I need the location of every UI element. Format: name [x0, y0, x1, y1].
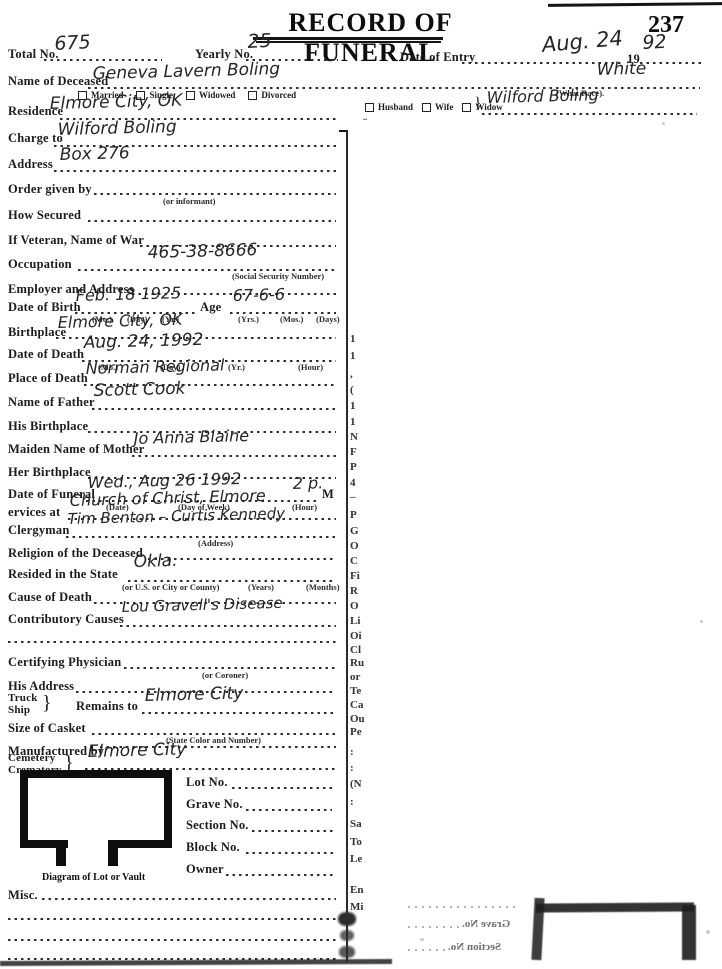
cemetery-value: Elmore City: [87, 739, 186, 762]
cutoff-letter: Sa: [350, 818, 362, 830]
cutoff-letter: N: [350, 431, 358, 443]
her-birthplace-label: Her Birthplace: [8, 465, 91, 480]
spouse-brace: }: [474, 95, 482, 113]
how-secured-label: How Secured: [8, 208, 81, 223]
contributory-value: Lou Gravell's Disease: [122, 594, 283, 616]
clergyman-label: Clergyman: [8, 523, 70, 538]
address-line: [54, 170, 336, 172]
resided-state-label: Resided in the State: [8, 567, 118, 582]
continuation-line: [8, 641, 336, 643]
spouse-checkbox-row: Husband Wife Widow: [365, 102, 503, 112]
bleed-dots-2: [408, 926, 460, 928]
bleed-dots-3: [408, 949, 446, 951]
date-of-death-label: Date of Death: [8, 347, 84, 362]
ink-smudge: [338, 912, 356, 926]
checkbox-label: Wife: [435, 102, 453, 112]
cutoff-letter: Fi: [350, 570, 360, 582]
section-no-line: [252, 830, 334, 832]
birthplace-value: Elmore City, OK: [58, 310, 183, 332]
resided-state-value: Okla.: [133, 551, 177, 572]
his-birthplace-label: His Birthplace: [8, 419, 88, 434]
bleed-section-no-mirrored: Section No.: [448, 941, 501, 953]
cutoff-letter: :: [350, 796, 354, 808]
title-underline: [253, 37, 443, 40]
or-informant-sublabel: (or informant): [163, 196, 216, 206]
record-of-funeral-page: RECORD OF FUNERAL 237 Total No. 675 Year…: [0, 0, 722, 969]
cutoff-letter: Li: [350, 615, 360, 627]
misc-label: Misc.: [8, 888, 38, 903]
year-value: 92: [642, 31, 667, 54]
cutoff-letter: 1: [350, 400, 356, 412]
place-of-death-value: Norman Regional: [86, 355, 225, 378]
lot-no-label: Lot No.: [186, 775, 228, 790]
cutoff-letter: Mi: [350, 901, 363, 913]
dob-sub-days: (Days): [316, 314, 340, 324]
name-of-deceased-value: Geneva Lavern Boling: [92, 59, 280, 84]
race-value: White: [596, 59, 646, 80]
diagram-box-leg-left: [56, 848, 66, 866]
how-secured-line: [88, 220, 336, 222]
occupation-label: Occupation: [8, 257, 72, 272]
diagram-box-leg-right: [108, 848, 118, 866]
clergyman-address-sublabel: (Address): [198, 538, 233, 548]
cutoff-letter: O: [350, 540, 359, 552]
dod-sub-yr: (Yr.): [228, 362, 245, 372]
dod-sub-hour: (Hour): [298, 362, 323, 372]
cutoff-letter: :: [350, 746, 354, 758]
cutoff-letter: 4: [350, 477, 356, 489]
address-label: Address: [8, 157, 53, 172]
place-of-death-label: Place of Death: [8, 371, 88, 386]
misc-line-2: [8, 918, 338, 920]
mother-line: [132, 455, 336, 457]
owner-line: [226, 874, 334, 876]
age-label: Age: [200, 300, 221, 315]
bleed-box-top-edge: [536, 902, 694, 912]
lot-no-line: [232, 787, 332, 789]
scan-speck: [700, 620, 703, 623]
mother-value: Jo Anna Blaine: [134, 426, 250, 448]
cutoff-letter: P: [350, 509, 357, 521]
scan-speck: [662, 122, 665, 125]
checkbox-label: Divorced: [261, 90, 296, 100]
funeral-m-label: M: [322, 487, 334, 502]
remains-to-label: Remains to: [76, 699, 138, 714]
spouse-name-value: Wilford Boling: [487, 85, 599, 107]
scan-speck: [706, 930, 710, 934]
scan-speck: [420, 938, 424, 941]
diagram-box-bottom-right: [108, 840, 172, 848]
cutoff-letter: C: [350, 555, 358, 567]
ssn-value: 465-38-8666: [147, 240, 257, 263]
residence-value: Elmore City, OK: [49, 91, 182, 114]
cutoff-letter: 1: [350, 416, 356, 428]
stray-marks: ..: [363, 112, 367, 122]
funeral-hour-value: 2 p.: [293, 473, 324, 493]
scan-edge-line: [548, 2, 722, 7]
cutoff-letter: –: [350, 491, 356, 503]
cutoff-letter: O: [350, 600, 359, 612]
ink-smudge: [340, 930, 354, 941]
cutoff-letter: Le: [350, 853, 362, 865]
or-coroner-sublabel: (or Coroner): [202, 670, 248, 680]
diagram-box-bottom-left: [20, 840, 68, 848]
grave-no-line: [246, 809, 332, 811]
remains-to-value: Elmore City: [144, 683, 243, 706]
charge-to-value: Wilford Boling: [57, 117, 176, 140]
order-given-by-label: Order given by: [8, 182, 92, 197]
services-at-label: ervices at: [8, 505, 60, 520]
cutoff-letter: 1: [350, 350, 356, 362]
certifying-physician-line: [124, 667, 336, 669]
checkbox-label: Husband: [378, 102, 413, 112]
cutoff-letter: Ru: [350, 657, 364, 669]
diagram-caption: Diagram of Lot or Vault: [42, 872, 145, 883]
checkbox-icon: [422, 103, 431, 112]
mother-label: Maiden Name of Mother: [8, 442, 144, 457]
cutoff-letter: (: [350, 384, 354, 396]
cutoff-letter: Cl: [350, 644, 361, 656]
resided-sub-years: (Years): [248, 582, 274, 592]
cutoff-letter: Te: [350, 685, 361, 697]
total-no-value: 675: [54, 31, 91, 55]
cutoff-letter: G: [350, 525, 359, 537]
ship-label: Ship: [8, 704, 30, 716]
checkbox-icon: [186, 91, 195, 100]
father-line: [92, 408, 336, 410]
diagram-box-top: [20, 770, 172, 778]
certifying-physician-label: Certifying Physician: [8, 655, 121, 670]
dob-sub-yrs: (Yrs.): [238, 314, 259, 324]
block-no-line: [246, 852, 334, 854]
marital-checkbox-option: Divorced: [248, 90, 296, 100]
total-no-line: [44, 59, 162, 61]
remains-to-line: [142, 712, 336, 714]
name-line: [88, 87, 700, 89]
marital-checkbox-option: Widowed: [186, 90, 235, 100]
cemetery-label: Cemetery: [8, 752, 55, 764]
cutoff-letter: To: [350, 836, 362, 848]
father-value: Scott Cook: [93, 379, 185, 401]
scan-bottom-edge: [0, 959, 392, 966]
father-label: Name of Father: [8, 395, 95, 410]
checkbox-label: Widowed: [199, 90, 235, 100]
checkbox-icon: [365, 103, 374, 112]
remains-brace: }: [42, 692, 52, 715]
owner-label: Owner: [186, 862, 224, 877]
funeral-sub-hour: (Hour): [292, 502, 317, 512]
contributory-line: [120, 625, 336, 627]
cutoff-letter: Pe: [350, 726, 362, 738]
year-line: [640, 62, 702, 64]
order-given-by-line: [94, 193, 336, 195]
ink-smudge: [339, 946, 355, 958]
date-of-birth-value: Feb. 18 1925: [76, 283, 182, 305]
charge-to-label: Charge to: [8, 131, 63, 146]
spouse-line: [482, 113, 697, 115]
bleed-box-right-edge: [682, 905, 696, 960]
cutoff-letter: :: [350, 762, 354, 774]
checkbox-icon: [462, 103, 471, 112]
resided-sub-county: (or U.S. or City or County): [122, 582, 220, 592]
cause-of-death-label: Cause of Death: [8, 590, 92, 605]
title-underline-2: [256, 41, 441, 43]
bleed-grave-no-mirrored: Grave No.: [462, 918, 510, 930]
age-value: 67-6-6: [233, 285, 286, 305]
bleed-dots-1: [408, 906, 520, 908]
grave-no-label: Grave No.: [186, 797, 243, 812]
date-of-entry-value: Aug. 24: [541, 26, 624, 57]
column-divider-line: [346, 130, 348, 962]
casket-label: Size of Casket: [8, 721, 86, 736]
block-no-label: Block No.: [186, 840, 240, 855]
section-no-label: Section No.: [186, 818, 249, 833]
veteran-label: If Veteran, Name of War: [8, 233, 144, 248]
misc-line-3: [8, 939, 338, 941]
misc-line-1: [42, 898, 336, 900]
cutoff-letter: Oi: [350, 630, 362, 642]
cutoff-letter: ,: [350, 368, 353, 380]
cutoff-letter: F: [350, 446, 357, 458]
address-value: Box 276: [59, 143, 129, 165]
spouse-checkbox-option: Husband: [365, 102, 413, 112]
cutoff-letter: Ca: [350, 699, 363, 711]
dob-sub-mos: (Mos.): [280, 314, 303, 324]
cutoff-letter: (N: [350, 778, 362, 790]
cutoff-letter: 1: [350, 333, 356, 345]
ssn-sublabel: (Social Security Number): [232, 271, 324, 281]
checkbox-icon: [248, 91, 257, 100]
cutoff-letter: R: [350, 585, 358, 597]
diagram-box-right: [164, 770, 172, 848]
truck-label: Truck: [8, 692, 38, 704]
diagram-box-left: [20, 770, 28, 848]
yearly-no-value: 25: [247, 30, 272, 53]
resided-sub-months: (Months): [306, 582, 340, 592]
cutoff-letter: or: [350, 671, 360, 683]
cutoff-letter: En: [350, 884, 363, 896]
religion-label: Religion of the Deceased: [8, 546, 143, 561]
cutoff-letter: P: [350, 461, 357, 473]
date-of-death-value: Aug. 24, 1992: [83, 330, 203, 353]
contributory-label: Contributory Causes: [8, 612, 124, 627]
cutoff-letter: Ou: [350, 713, 365, 725]
spouse-checkbox-option: Wife: [422, 102, 453, 112]
